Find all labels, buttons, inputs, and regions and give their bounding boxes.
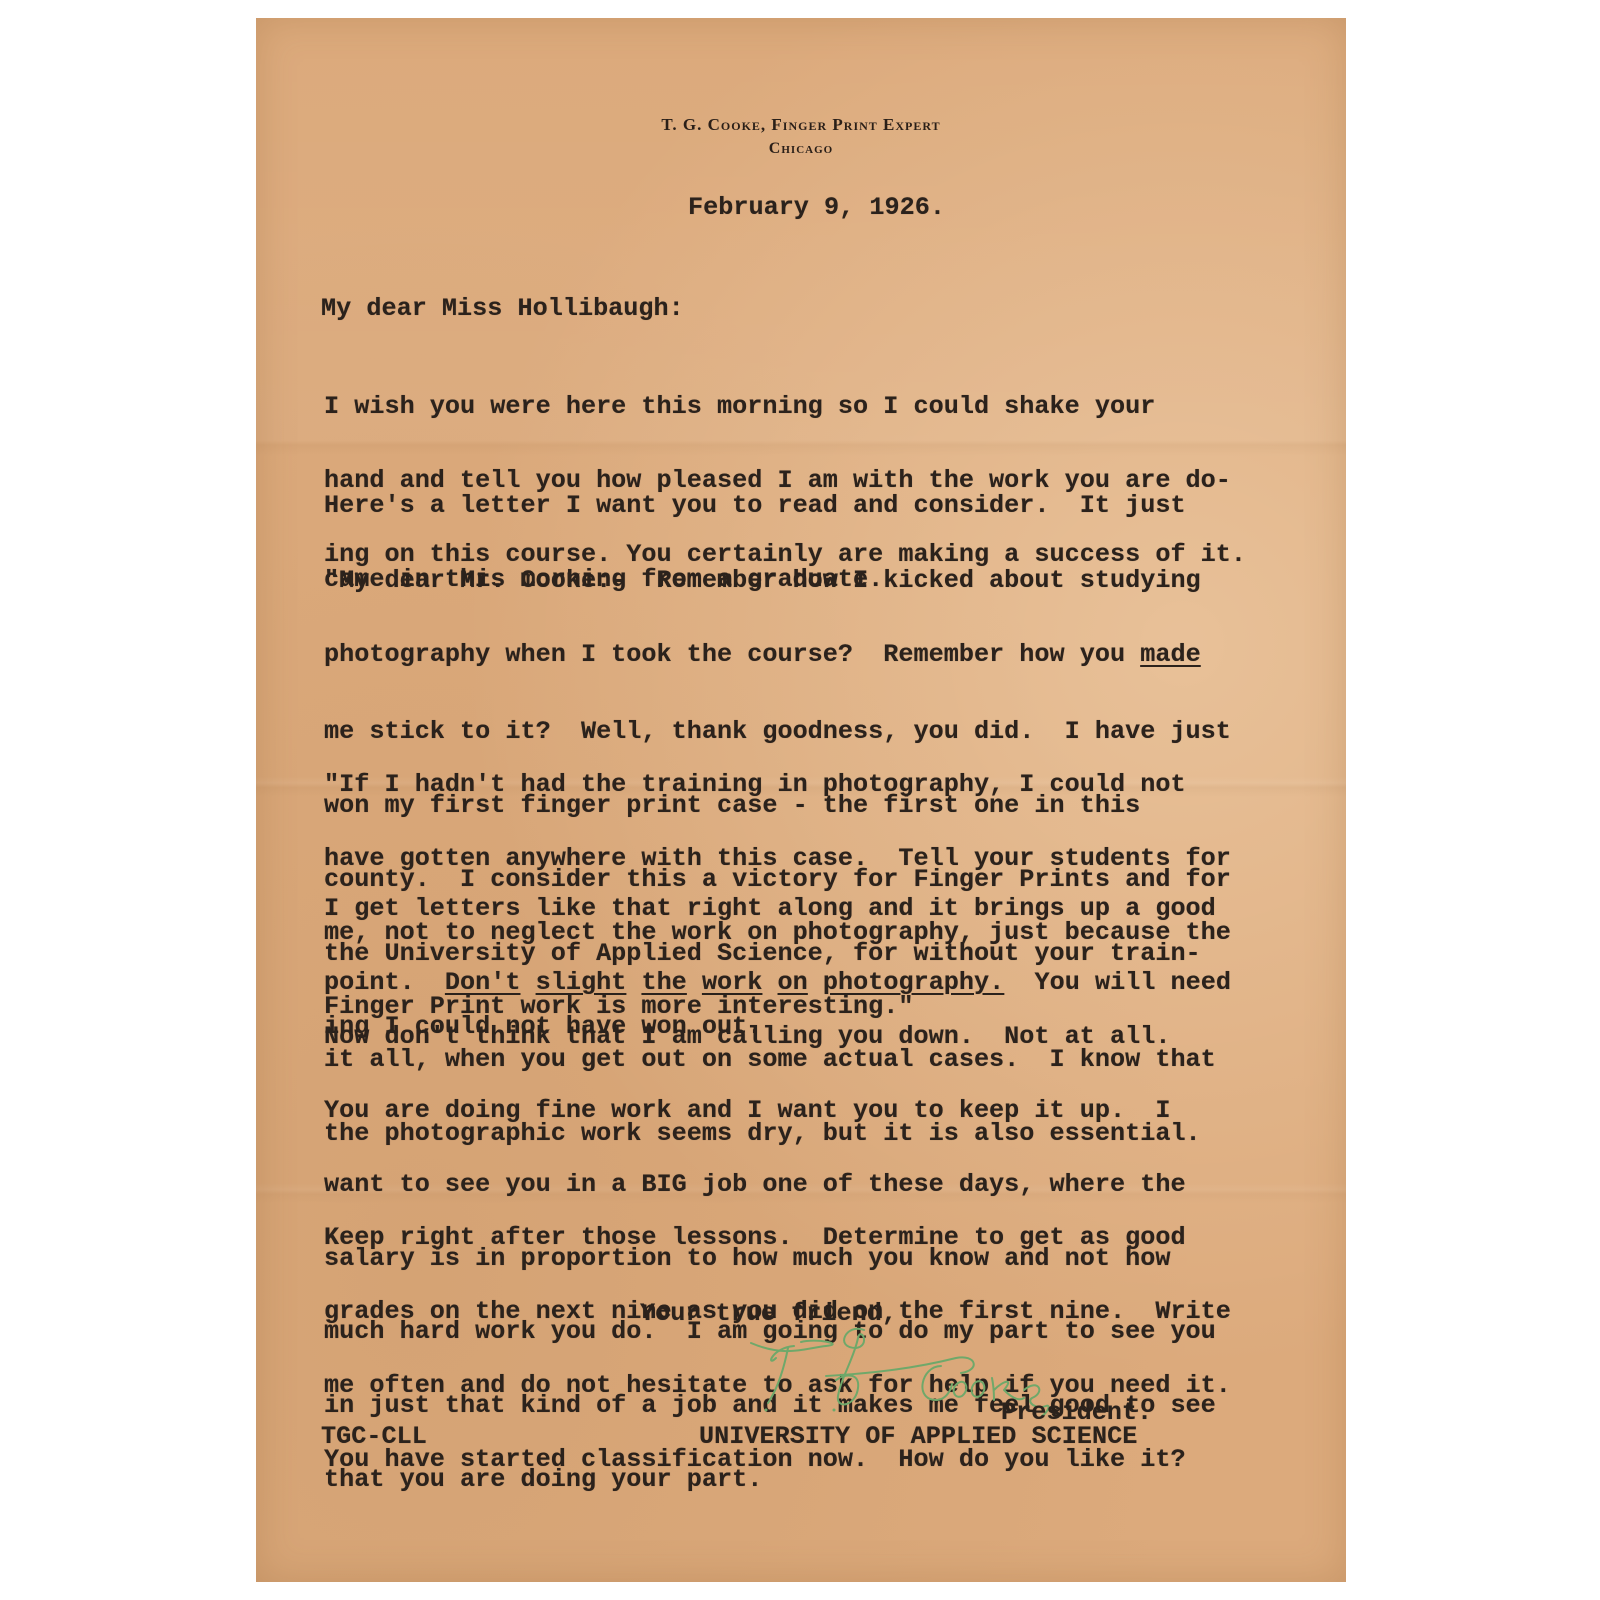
text-line: Keep right after those lessons. Determin… [324,1226,1231,1251]
text-line: You have started classification now. How… [324,1448,1231,1473]
organization-name: UNIVERSITY OF APPLIED SCIENCE [699,1425,1137,1450]
letter-date: February 9, 1926. [688,196,945,221]
text-line: "If I hadn't had the training in photogr… [324,773,1231,798]
text-line: Here's a letter I want you to read and c… [324,494,1186,519]
letterhead-city: Chicago [256,140,1346,158]
salutation: My dear Miss Hollibaugh: [321,297,684,322]
letterhead-name: T. G. Cooke, Finger Print Expert [256,115,1346,135]
text-line: You are doing fine work and I want you t… [324,1099,1216,1124]
text-line: "My dear Mr. Cooke:- Remember how I kick… [324,569,1231,594]
text-line: Now don't think that I am calling you do… [324,1025,1216,1050]
text-segment: photography when I took the course? Reme… [324,640,1140,669]
underlined-word: made [1140,640,1200,669]
text-line: I get letters like that right along and … [324,897,1231,922]
text-line: photography when I took the course? Reme… [324,643,1231,671]
reference-initials: TGC-CLL [321,1425,427,1450]
letter-paper: T. G. Cooke, Finger Print Expert Chicago… [256,18,1346,1582]
text-line: I wish you were here this morning so I c… [324,395,1246,420]
